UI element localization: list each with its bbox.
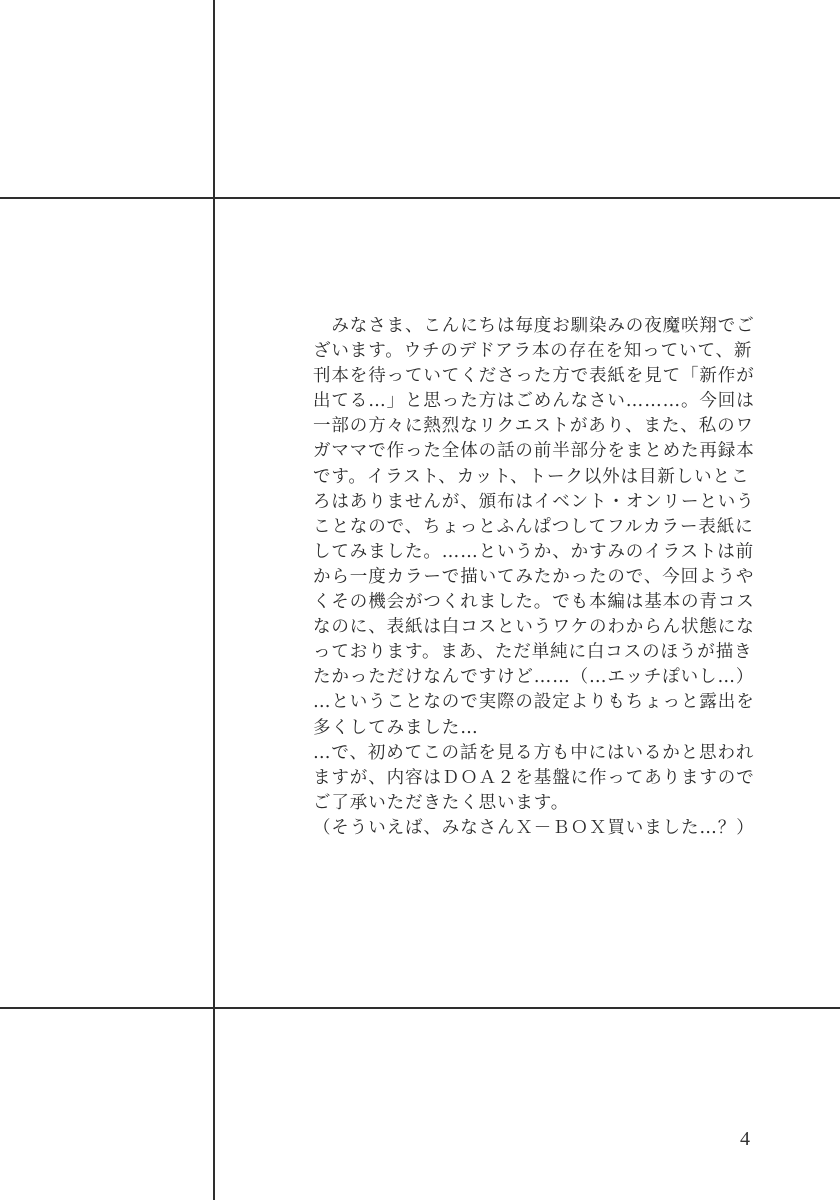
text-line: っております。まあ、ただ単純に白コスのほうが描き: [313, 640, 793, 665]
text-line: してみました。……というか、かすみのイラストは前: [313, 540, 793, 565]
text-line: 出てる…」と思った方はごめんなさい………。今回は: [313, 389, 793, 414]
page-number: 4: [740, 1128, 750, 1151]
text-line: （そういえば、みなさんＸ－ＢＯＸ買いました…？）: [313, 816, 793, 841]
text-line: です。イラスト、カット、トーク以外は目新しいとこ: [313, 465, 793, 490]
text-line: みなさま、こんにちは毎度お馴染みの夜魔咲翔でご: [313, 314, 793, 339]
text-line: ことなので、ちょっとふんぱつしてフルカラー表紙に: [313, 515, 793, 540]
text-line: ざいます。ウチのデドアラ本の存在を知っていて、新: [313, 339, 793, 364]
text-line: たかっただけなんですけど……（…エッチぽいし…）: [313, 665, 793, 690]
text-line: 一部の方々に熱烈なリクエストがあり、また、私のワ: [313, 414, 793, 439]
text-line: なのに、表紙は白コスというワケのわからん状態にな: [313, 615, 793, 640]
text-line: ますが、内容はＤＯＡ２を基盤に作ってありますので: [313, 766, 793, 791]
text-line: …ということなので実際の設定よりもちょっと露出を: [313, 690, 793, 715]
text-line: 刊本を待っていてくださった方で表紙を見て「新作が: [313, 364, 793, 389]
text-line: ガママで作った全体の話の前半部分をまとめた再録本: [313, 439, 793, 464]
text-line: 多くしてみました…: [313, 716, 793, 741]
text-line: くその機会がつくれました。でも本編は基本の青コス: [313, 590, 793, 615]
text-line: …で、初めてこの話を見る方も中にはいるかと思われ: [313, 741, 793, 766]
frame-bottom-rule: [0, 1007, 840, 1009]
text-line: ろはありませんが、頒布はイベント・オンリーという: [313, 490, 793, 515]
frame-top-rule: [0, 197, 840, 199]
text-line: ご了承いただきたく思います。: [313, 791, 793, 816]
text-line: から一度カラーで描いてみたかったので、今回ようや: [313, 565, 793, 590]
afterword-text: みなさま、こんにちは毎度お馴染みの夜魔咲翔でご ざいます。ウチのデドアラ本の存在…: [313, 314, 793, 841]
frame-vertical-rule: [213, 0, 215, 1200]
